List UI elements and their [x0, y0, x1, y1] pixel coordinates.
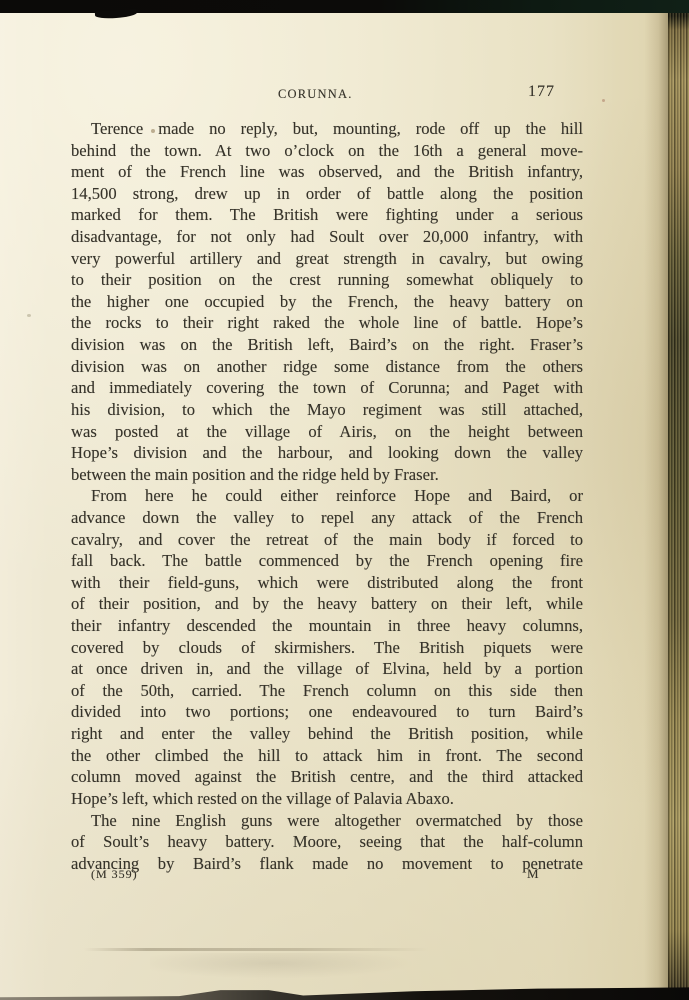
scan-crease-smear: [150, 953, 460, 987]
text-line: and immediately covering the town of Cor…: [71, 377, 583, 399]
text-line: of their position, and by the heavy batt…: [71, 593, 583, 615]
printer-signature-mark: (M 359): [91, 867, 138, 882]
text-line: right and enter the valley behind the Br…: [71, 723, 583, 745]
text-line: From here he could either reinforce Hope…: [71, 485, 583, 507]
text-line: covered by clouds of skirmishers. The Br…: [71, 637, 583, 659]
text-line: division was on the British left, Baird’…: [71, 334, 583, 356]
text-line: was posted at the village of Airis, on t…: [71, 421, 583, 443]
text-line: fall back. The battle commenced by the F…: [71, 550, 583, 572]
scan-crease-line: [84, 948, 429, 951]
text-line: between the main position and the ridge …: [71, 464, 583, 486]
text-line: behind the town. At two o’clock on the 1…: [71, 140, 583, 162]
text-line: of Soult’s heavy battery. Moore, seeing …: [71, 831, 583, 853]
text-line: with their field-guns, which were distri…: [71, 572, 583, 594]
text-line: Hope’s division and the harbour, and loo…: [71, 442, 583, 464]
text-line: ment of the French line was observed, an…: [71, 161, 583, 183]
text-line: their infantry descended the mountain in…: [71, 615, 583, 637]
text-line: cavalry, and cover the retreat of the ma…: [71, 529, 583, 551]
text-block: Terence made no reply, but, mounting, ro…: [71, 118, 583, 874]
text-line: at once driven in, and the village of El…: [71, 658, 583, 680]
page-paper: CORUNNA. 177 Terence made no reply, but,…: [0, 0, 689, 1000]
paper-speck: [27, 314, 31, 317]
text-line: divided into two portions; one endeavour…: [71, 701, 583, 723]
text-line: The nine English guns were altogether ov…: [71, 810, 583, 832]
text-line: the rocks to their right raked the whole…: [71, 312, 583, 334]
text-line: marked for them. The British were fighti…: [71, 204, 583, 226]
text-line: the other climbed the hill to attack him…: [71, 745, 583, 767]
text-line: 14,500 strong, drew up in order of battl…: [71, 183, 583, 205]
paragraph: The nine English guns were altogether ov…: [71, 810, 583, 875]
text-line: Terence made no reply, but, mounting, ro…: [71, 118, 583, 140]
page-number: 177: [528, 83, 555, 101]
text-line: to their position on the crest running s…: [71, 269, 583, 291]
text-line: column moved against the British centre,…: [71, 766, 583, 788]
text-line: his division, to which the Mayo regiment…: [71, 399, 583, 421]
page-curve-shadow: [644, 0, 670, 1000]
text-line: advance down the valley to repel any att…: [71, 507, 583, 529]
paper-speck: [602, 99, 605, 102]
text-line: very powerful artillery and great streng…: [71, 248, 583, 270]
text-line: advancing by Baird’s flank made no movem…: [71, 853, 583, 875]
book-fore-edge: [668, 0, 689, 1000]
text-line: division was on another ridge some dista…: [71, 356, 583, 378]
paragraph: From here he could either reinforce Hope…: [71, 485, 583, 809]
running-head-title: CORUNNA.: [278, 87, 353, 102]
scan-top-edge: [0, 0, 689, 13]
paper-speck: [151, 129, 155, 133]
paragraph: Terence made no reply, but, mounting, ro…: [71, 118, 583, 485]
text-line: disadvantage, for not only had Soult ove…: [71, 226, 583, 248]
signature-letter: M: [527, 866, 539, 882]
text-line: of the 50th, carried. The French column …: [71, 680, 583, 702]
text-line: the higher one occupied by the French, t…: [71, 291, 583, 313]
text-line: Hope’s left, which rested on the village…: [71, 788, 583, 810]
scanned-book-page: CORUNNA. 177 Terence made no reply, but,…: [0, 0, 689, 1000]
